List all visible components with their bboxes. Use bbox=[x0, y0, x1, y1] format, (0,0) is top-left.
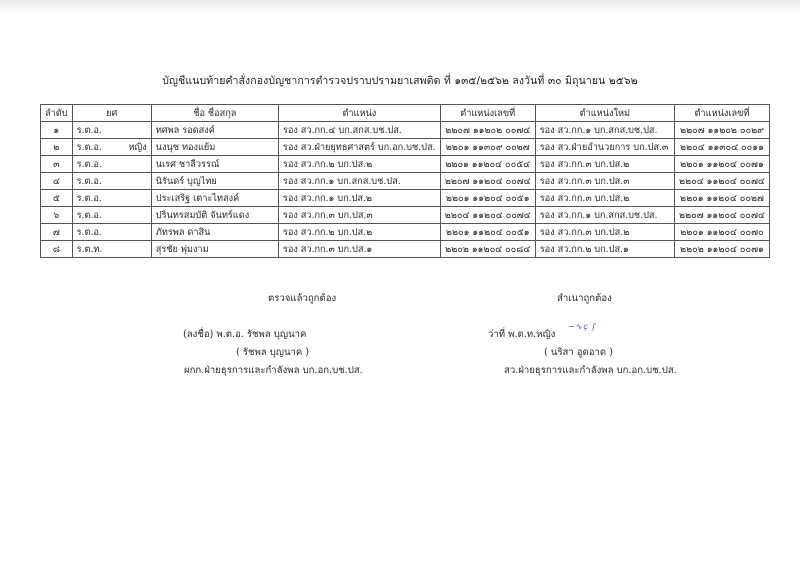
row-new-position-no: ๒๒๐๑ ๑๑๒๐๔ ๐๐๗๑ bbox=[674, 156, 769, 173]
row-position-no: ๒๒๐๗ ๑๑๒๐๔ ๐๐๗๔ bbox=[440, 173, 535, 190]
row-index: ๗ bbox=[41, 224, 73, 241]
rank-suffix: หญิง bbox=[128, 140, 146, 155]
rank-text: ร.ต.อ. bbox=[77, 208, 102, 223]
table-row: ๔ร.ต.อ.นิรันดร์ บุญไทยรอง สว.กก.๑ บก.สกส… bbox=[41, 173, 770, 190]
table-row: ๖ร.ต.อ.ปรินทรสมบัติ จันทร์แดงรอง สว.กก.๓… bbox=[41, 207, 770, 224]
row-new-position: รอง สว.กก.๑ บก.สกส.บช.ปส. bbox=[535, 122, 674, 139]
row-rank: ร.ต.อ. bbox=[72, 122, 151, 139]
row-position: รอง สว.กก.๑ บก.ปส.๒ bbox=[278, 190, 440, 207]
rank-text: ร.ต.อ. bbox=[77, 157, 102, 172]
left-sig-heading: ตรวจแล้วถูกต้อง bbox=[268, 291, 336, 306]
row-index: ๔ bbox=[41, 173, 73, 190]
row-position: รอง สว.กก.๓ บก.ปส.๓ bbox=[278, 207, 440, 224]
rank-text: ร.ต.อ. bbox=[77, 123, 102, 138]
header-position: ตำแหน่ง bbox=[278, 105, 440, 122]
table-row: ๒ร.ต.อ.หญิงนงนุช ทองแย้มรอง สว.ฝ่ายยุทธศ… bbox=[41, 139, 770, 156]
row-name: ภัทรพล ดาสิน bbox=[151, 224, 278, 241]
row-position: รอง สว.ฝ่ายยุทธศาสตร์ บก.อก.บช.ปส. bbox=[278, 139, 440, 156]
row-new-position-no: ๒๒๐๔ ๑๑๓๐๔ ๐๐๑๑ bbox=[674, 139, 769, 156]
rank-wrap: ร.ต.อ.หญิง bbox=[77, 140, 147, 155]
row-rank: ร.ต.อ.หญิง bbox=[72, 139, 151, 156]
row-position-no: ๒๒๐๑ ๑๑๒๐๔ ๐๐๕๑ bbox=[440, 190, 535, 207]
row-position: รอง สว.กก.๒ บก.ปส.๒ bbox=[278, 156, 440, 173]
row-position: รอง สว.กก.๔ บก.สกส.บช.ปส. bbox=[278, 122, 440, 139]
row-new-position-no: ๒๒๐๔ ๑๑๒๐๔ ๐๐๗๔ bbox=[674, 173, 769, 190]
row-name: นเรศ ชาลีวรรณ์ bbox=[151, 156, 278, 173]
row-name: นิรันดร์ บุญไทย bbox=[151, 173, 278, 190]
handwritten-signature-mark: ~∿ç ʃ bbox=[568, 322, 596, 331]
right-sig-name: ( นริสา อูดอาด ) bbox=[544, 345, 613, 360]
table-body: ๑ร.ต.อ.ทศพล รอดสงค์รอง สว.กก.๔ บก.สกส.บช… bbox=[41, 122, 770, 258]
rank-wrap: ร.ต.อ. bbox=[77, 208, 147, 223]
left-sig-name: ( รัชพล บุญนาค ) bbox=[236, 345, 309, 360]
table-row: ๓ร.ต.อ.นเรศ ชาลีวรรณ์รอง สว.กก.๒ บก.ปส.๒… bbox=[41, 156, 770, 173]
header-index: ลำดับ bbox=[41, 105, 73, 122]
row-index: ๓ bbox=[41, 156, 73, 173]
table-row: ๑ร.ต.อ.ทศพล รอดสงค์รอง สว.กก.๔ บก.สกส.บช… bbox=[41, 122, 770, 139]
header-new-position-no: ตำแหน่งเลขที่ bbox=[674, 105, 769, 122]
rank-text: ร.ต.อ. bbox=[77, 225, 102, 240]
header-position-no: ตำแหน่งเลขที่ bbox=[440, 105, 535, 122]
right-sig-heading: สำเนาถูกต้อง bbox=[557, 291, 612, 306]
row-position: รอง สว.กก.๒ บก.ปส.๒ bbox=[278, 224, 440, 241]
row-new-position: รอง สว.กก.๓ บก.ปส.๒ bbox=[535, 156, 674, 173]
rank-wrap: ร.ต.อ. bbox=[77, 174, 147, 189]
row-index: ๕ bbox=[41, 190, 73, 207]
row-rank: ร.ต.อ. bbox=[72, 156, 151, 173]
document-title: บัญชีแนบท้ายคำสั่งกองบัญชาการตำรวจปราบปร… bbox=[0, 72, 800, 89]
left-sig-signed-line: (ลงชื่อ) พ.ต.อ. รัชพล บุญนาค bbox=[183, 327, 306, 342]
row-name: ทศพล รอดสงค์ bbox=[151, 122, 278, 139]
transfer-roster-table: ลำดับ ยศ ชื่อ ชื่อสกุล ตำแหน่ง ตำแหน่งเล… bbox=[40, 104, 770, 258]
row-position: รอง สว.กก.๓ บก.ปส.๑ bbox=[278, 241, 440, 258]
rank-text: ร.ต.ท. bbox=[77, 242, 103, 257]
rank-wrap: ร.ต.ท. bbox=[77, 242, 147, 257]
right-sig-rank: ว่าที่ พ.ต.ท.หญิง bbox=[488, 327, 555, 342]
row-rank: ร.ต.อ. bbox=[72, 173, 151, 190]
row-name: สุรชัย พุ่มงาม bbox=[151, 241, 278, 258]
row-name: นงนุช ทองแย้ม bbox=[151, 139, 278, 156]
row-new-position: รอง สว.กก.๓ บก.ปส.๒ bbox=[535, 224, 674, 241]
row-position-no: ๒๒๐๔ ๑๑๒๐๔ ๐๐๗๔ bbox=[440, 207, 535, 224]
row-name: ประเสริฐ เตาะไทสงค์ bbox=[151, 190, 278, 207]
rank-wrap: ร.ต.อ. bbox=[77, 191, 147, 206]
rank-text: ร.ต.อ. bbox=[77, 174, 102, 189]
row-index: ๖ bbox=[41, 207, 73, 224]
rank-text: ร.ต.อ. bbox=[77, 140, 102, 155]
scan-edge bbox=[0, 0, 800, 14]
rank-wrap: ร.ต.อ. bbox=[77, 225, 147, 240]
row-new-position: รอง สว.กก.๓ บก.ปส.๓ bbox=[535, 173, 674, 190]
row-new-position: รอง สว.กก.๑ บก.สกส.บช.ปส. bbox=[535, 207, 674, 224]
header-new-position: ตำแหน่งใหม่ bbox=[535, 105, 674, 122]
left-sig-title: ผกก.ฝ่ายธุรการและกำลังพล บก.อก.บช.ปส. bbox=[184, 363, 363, 378]
row-new-position-no: ๒๒๐๑ ๑๑๒๐๔ ๐๐๗๐ bbox=[674, 224, 769, 241]
row-rank: ร.ต.อ. bbox=[72, 190, 151, 207]
row-new-position-no: ๒๒๐๒ ๑๑๒๐๔ ๐๐๗๑ bbox=[674, 241, 769, 258]
row-index: ๑ bbox=[41, 122, 73, 139]
row-index: ๘ bbox=[41, 241, 73, 258]
rank-wrap: ร.ต.อ. bbox=[77, 157, 147, 172]
row-new-position-no: ๒๒๐๗ ๑๑๒๐๒ ๐๐๒๙ bbox=[674, 122, 769, 139]
row-position-no: ๒๒๐๗ ๑๑๒๐๒ ๐๐๗๔ bbox=[440, 122, 535, 139]
rank-wrap: ร.ต.อ. bbox=[77, 123, 147, 138]
row-position-no: ๒๒๐๑ ๑๑๓๐๙ ๐๐๒๗ bbox=[440, 139, 535, 156]
row-rank: ร.ต.ท. bbox=[72, 241, 151, 258]
row-index: ๒ bbox=[41, 139, 73, 156]
row-new-position-no: ๒๒๐๗ ๑๑๒๐๔ ๐๐๗๔ bbox=[674, 207, 769, 224]
row-new-position: รอง สว.ฝ่ายอำนวยการ บก.ปส.๓ bbox=[535, 139, 674, 156]
row-rank: ร.ต.อ. bbox=[72, 224, 151, 241]
row-new-position-no: ๒๒๐๑ ๑๑๒๐๔ ๐๐๒๗ bbox=[674, 190, 769, 207]
row-position-no: ๒๒๐๒ ๑๑๒๐๔ ๐๐๘๔ bbox=[440, 241, 535, 258]
row-position-no: ๒๒๐๑ ๑๑๒๐๔ ๐๐๕๑ bbox=[440, 224, 535, 241]
row-position-no: ๒๒๐๑ ๑๑๒๐๔ ๐๐๕๔ bbox=[440, 156, 535, 173]
table-row: ๗ร.ต.อ.ภัทรพล ดาสินรอง สว.กก.๒ บก.ปส.๒๒๒… bbox=[41, 224, 770, 241]
row-new-position: รอง สว.กก.๒ บก.ปส.๑ bbox=[535, 241, 674, 258]
header-name: ชื่อ ชื่อสกุล bbox=[151, 105, 278, 122]
table-row: ๕ร.ต.อ.ประเสริฐ เตาะไทสงค์รอง สว.กก.๑ บก… bbox=[41, 190, 770, 207]
header-rank: ยศ bbox=[72, 105, 151, 122]
row-rank: ร.ต.อ. bbox=[72, 207, 151, 224]
row-name: ปรินทรสมบัติ จันทร์แดง bbox=[151, 207, 278, 224]
rank-text: ร.ต.อ. bbox=[77, 191, 102, 206]
table-header-row: ลำดับ ยศ ชื่อ ชื่อสกุล ตำแหน่ง ตำแหน่งเล… bbox=[41, 105, 770, 122]
row-position: รอง สว.กก.๑ บก.สกส.บช.ปส. bbox=[278, 173, 440, 190]
table-row: ๘ร.ต.ท.สุรชัย พุ่มงามรอง สว.กก.๓ บก.ปส.๑… bbox=[41, 241, 770, 258]
row-new-position: รอง สว.กก.๓ บก.ปส.๒ bbox=[535, 190, 674, 207]
right-sig-title: สว.ฝ่ายธุรการและกำลังพล บก.อก.บช.ปส. bbox=[504, 363, 677, 378]
